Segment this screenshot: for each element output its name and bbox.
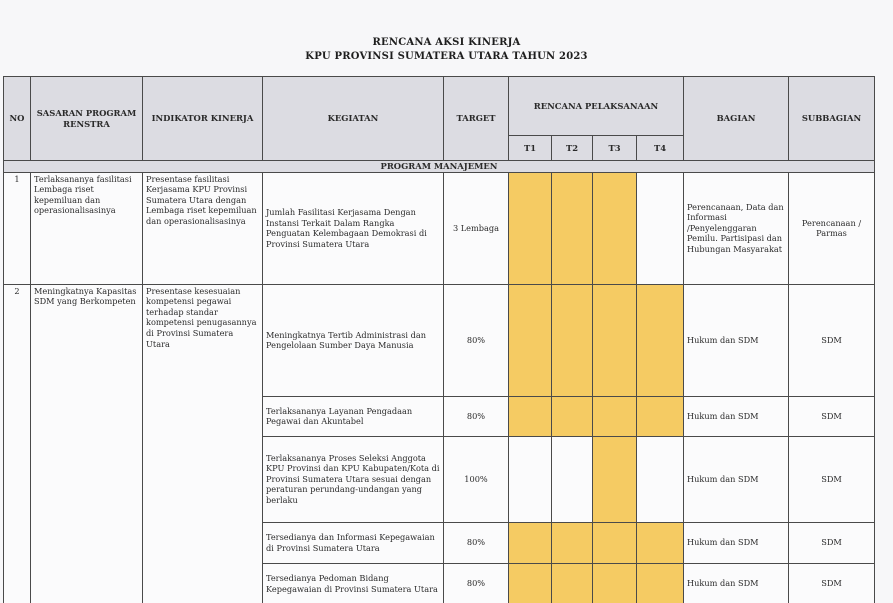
document-subtitle: KPU PROVINSI SUMATERA UTARA TAHUN 2023 xyxy=(0,51,893,62)
header-t2: T2 xyxy=(552,136,593,161)
schedule-t4-cell xyxy=(637,436,684,522)
schedule-t2-cell xyxy=(552,396,593,436)
header-t1: T1 xyxy=(509,136,552,161)
target-cell: 80% xyxy=(444,284,509,396)
header-no: NO xyxy=(4,77,31,161)
table-row: 2Meningkatnya Kapasitas SDM yang Berkomp… xyxy=(4,284,875,396)
schedule-t1-cell xyxy=(509,284,552,396)
header-kegiatan: KEGIATAN xyxy=(263,77,444,161)
schedule-t4-cell xyxy=(637,396,684,436)
schedule-t3-cell xyxy=(593,284,637,396)
schedule-t2-cell xyxy=(552,284,593,396)
schedule-t2-cell xyxy=(552,172,593,284)
target-cell: 80% xyxy=(444,563,509,603)
schedule-t1-cell xyxy=(509,436,552,522)
schedule-t1-cell xyxy=(509,172,552,284)
schedule-t3-cell xyxy=(593,172,637,284)
sasaran-cell: Meningkatnya Kapasitas SDM yang Berkompe… xyxy=(31,284,143,603)
schedule-t1-cell xyxy=(509,396,552,436)
action-plan-table: NO SASARAN PROGRAM RENSTRA INDIKATOR KIN… xyxy=(3,76,875,603)
schedule-t3-cell xyxy=(593,396,637,436)
schedule-t3-cell xyxy=(593,563,637,603)
schedule-t4-cell xyxy=(637,172,684,284)
schedule-t4-cell xyxy=(637,522,684,563)
target-cell: 3 Lembaga xyxy=(444,172,509,284)
sasaran-cell: Terlaksananya fasilitasi Lembaga riset k… xyxy=(31,172,143,284)
header-t4: T4 xyxy=(637,136,684,161)
subbagian-cell: SDM xyxy=(789,522,875,563)
row-number: 1 xyxy=(4,172,31,284)
subbagian-cell: SDM xyxy=(789,436,875,522)
kegiatan-cell: Jumlah Fasilitasi Kerjasama Dengan Insta… xyxy=(263,172,444,284)
subbagian-cell: SDM xyxy=(789,563,875,603)
kegiatan-cell: Terlaksananya Proses Seleksi Anggota KPU… xyxy=(263,436,444,522)
schedule-t1-cell xyxy=(509,522,552,563)
header-rencana-pelaksanaan: RENCANA PELAKSANAAN xyxy=(509,77,684,136)
schedule-t2-cell xyxy=(552,563,593,603)
target-cell: 80% xyxy=(444,522,509,563)
schedule-t1-cell xyxy=(509,563,552,603)
header-target: TARGET xyxy=(444,77,509,161)
schedule-t2-cell xyxy=(552,522,593,563)
schedule-t3-cell xyxy=(593,436,637,522)
subbagian-cell: Perencanaan / Parmas xyxy=(789,172,875,284)
schedule-t3-cell xyxy=(593,522,637,563)
indikator-cell: Presentase fasilitasi Kerjasama KPU Prov… xyxy=(143,172,263,284)
target-cell: 80% xyxy=(444,396,509,436)
schedule-t4-cell xyxy=(637,284,684,396)
header-indikator: INDIKATOR KINERJA xyxy=(143,77,263,161)
kegiatan-cell: Tersedianya dan Informasi Kepegawaian di… xyxy=(263,522,444,563)
indikator-cell: Presentase kesesuaian kompetensi pegawai… xyxy=(143,284,263,603)
header-bagian: BAGIAN xyxy=(684,77,789,161)
header-sasaran: SASARAN PROGRAM RENSTRA xyxy=(31,77,143,161)
bagian-cell: Hukum dan SDM xyxy=(684,563,789,603)
row-number: 2 xyxy=(4,284,31,603)
bagian-cell: Hukum dan SDM xyxy=(684,396,789,436)
kegiatan-cell: Tersedianya Pedoman Bidang Kepegawaian d… xyxy=(263,563,444,603)
bagian-cell: Hukum dan SDM xyxy=(684,522,789,563)
header-subbagian: SUBBAGIAN xyxy=(789,77,875,161)
bagian-cell: Hukum dan SDM xyxy=(684,436,789,522)
subbagian-cell: SDM xyxy=(789,284,875,396)
schedule-t2-cell xyxy=(552,436,593,522)
schedule-t4-cell xyxy=(637,563,684,603)
kegiatan-cell: Meningkatnya Tertib Administrasi dan Pen… xyxy=(263,284,444,396)
document-title: RENCANA AKSI KINERJA xyxy=(0,37,893,48)
target-cell: 100% xyxy=(444,436,509,522)
header-t3: T3 xyxy=(593,136,637,161)
table-row: 1Terlaksananya fasilitasi Lembaga riset … xyxy=(4,172,875,284)
bagian-cell: Perencanaan, Data dan Informasi /Penyele… xyxy=(684,172,789,284)
subbagian-cell: SDM xyxy=(789,396,875,436)
kegiatan-cell: Terlaksananya Layanan Pengadaan Pegawai … xyxy=(263,396,444,436)
program-row: PROGRAM MANAJEMEN xyxy=(4,161,875,173)
bagian-cell: Hukum dan SDM xyxy=(684,284,789,396)
